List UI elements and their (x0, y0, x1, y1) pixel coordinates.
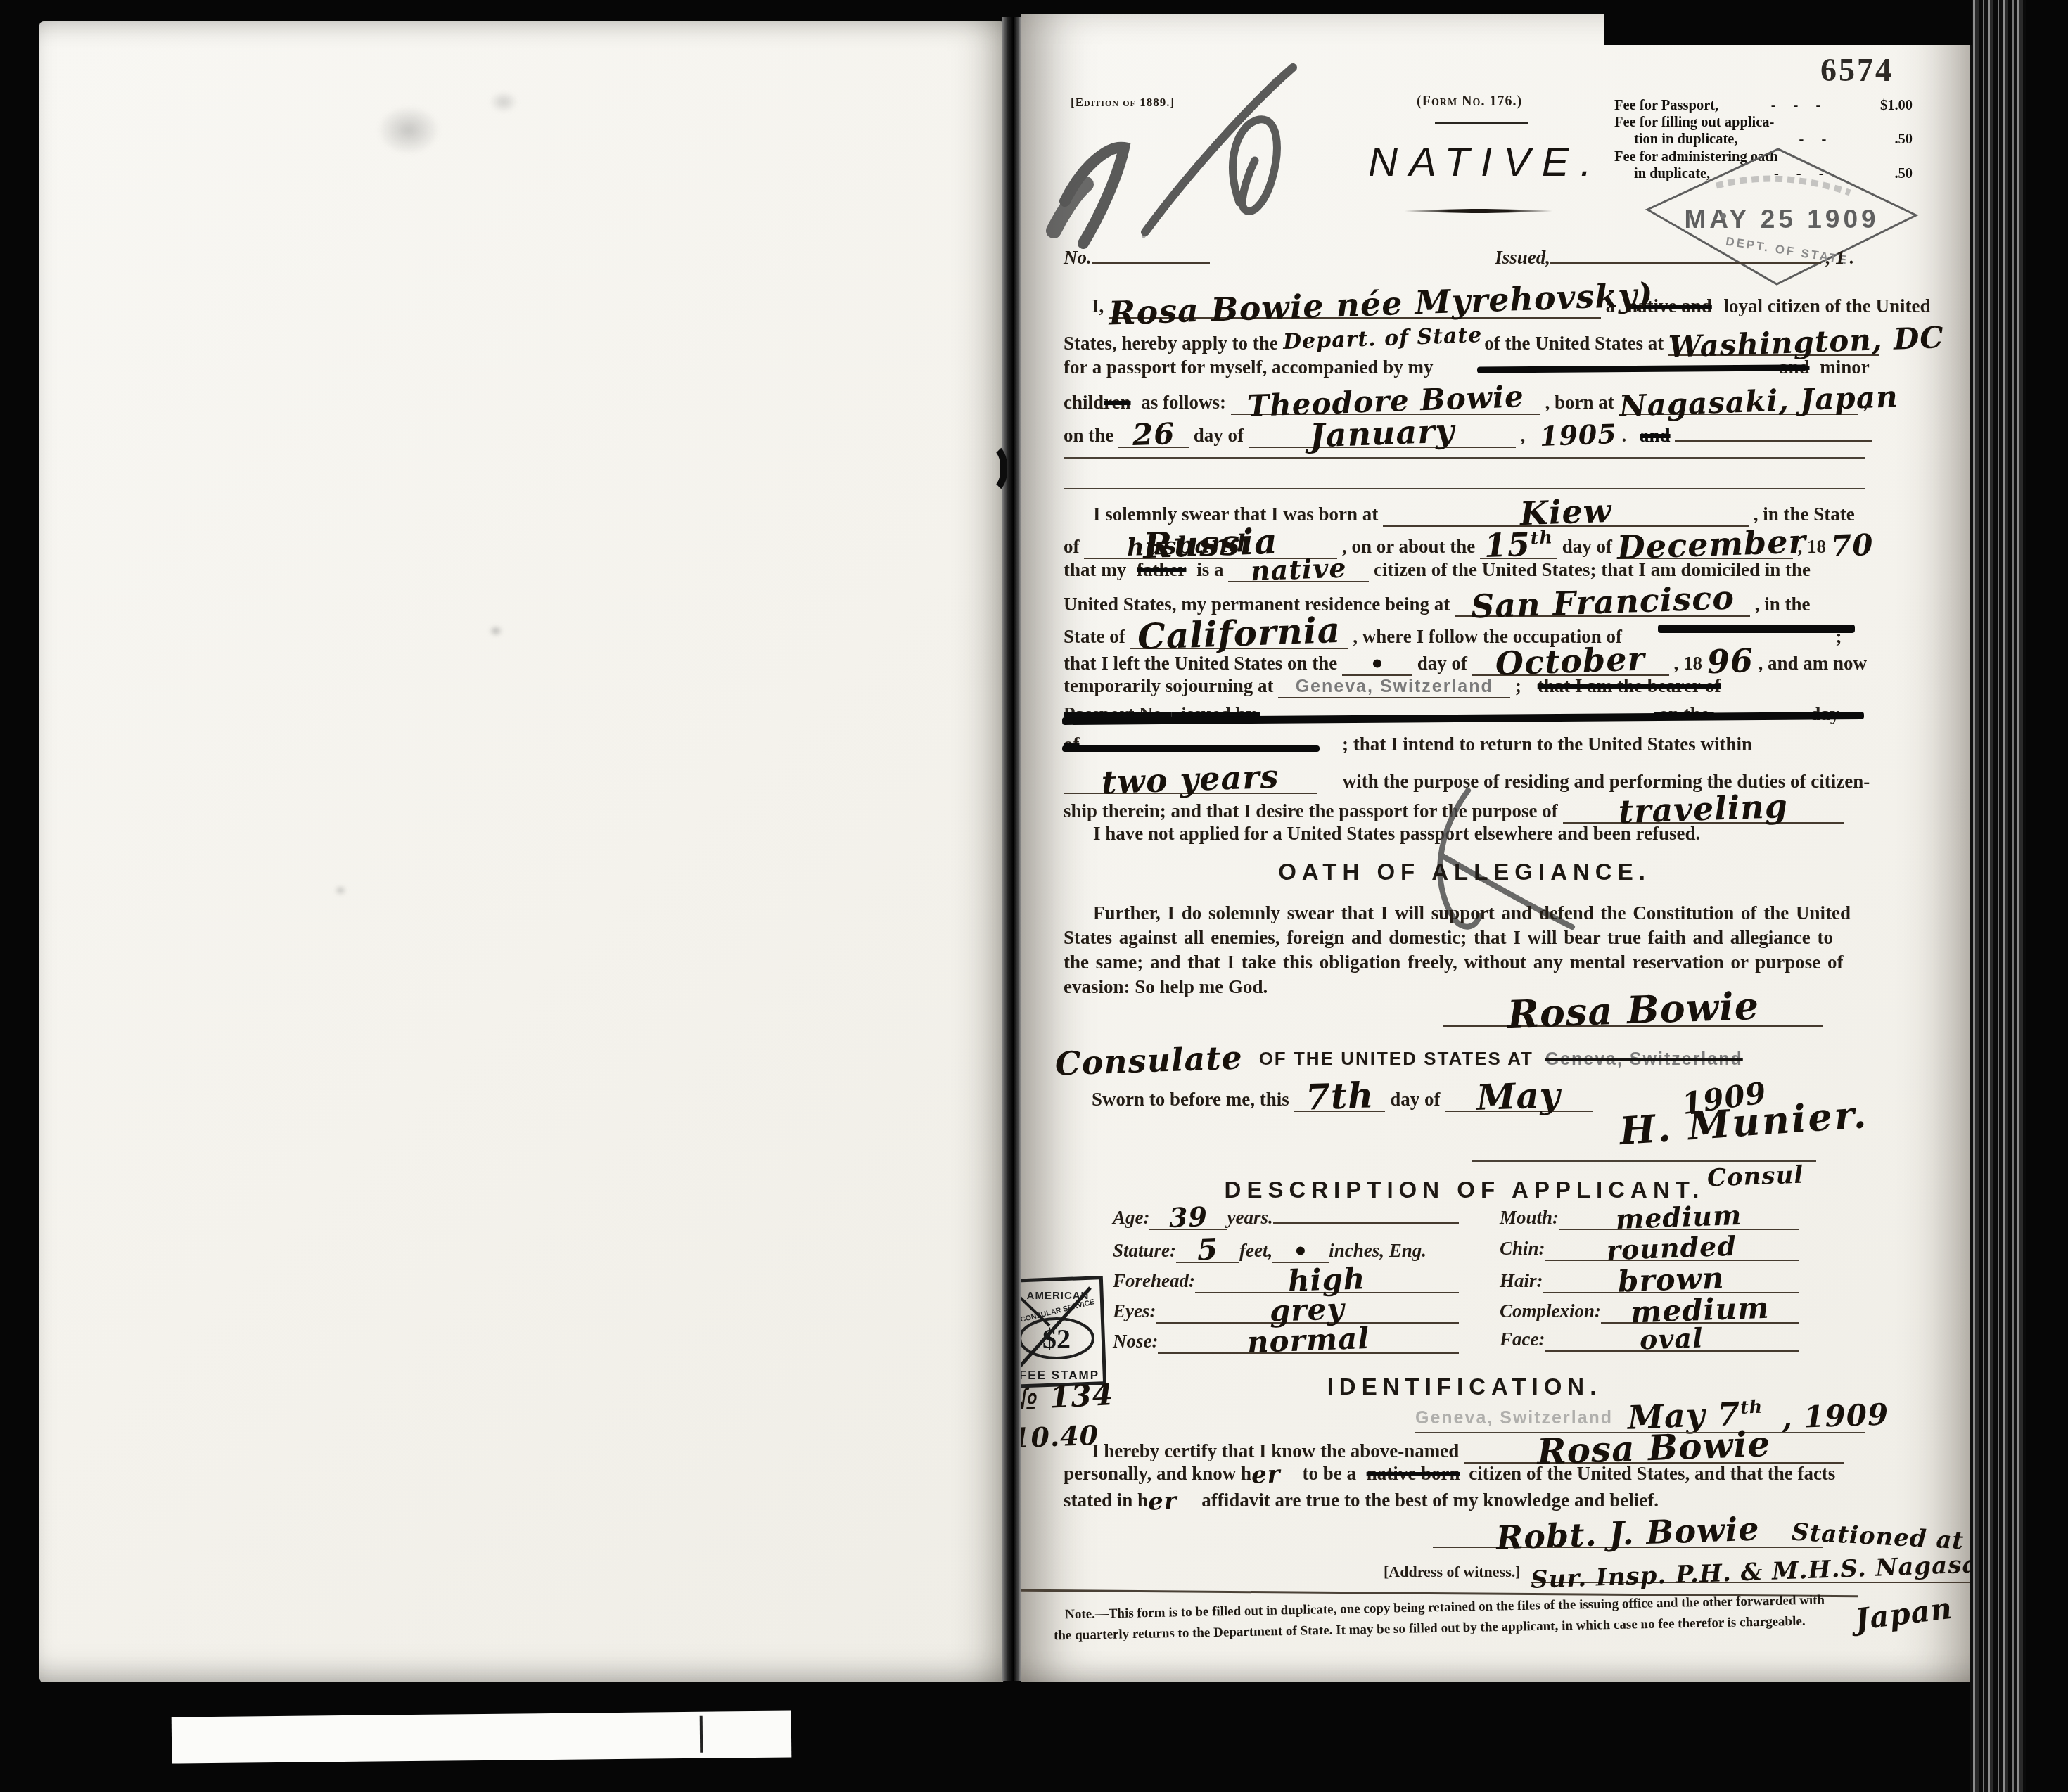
printed: on the (1064, 425, 1113, 446)
amount-hw: 10.40 (1021, 1423, 1099, 1450)
consul-sig-hw: H. Munier. (1619, 1097, 1870, 1148)
desc-field: medium (1559, 1203, 1799, 1230)
ident-place-stamp: Geneva, Switzerland (1415, 1408, 1613, 1428)
left-month-field: October (1472, 644, 1669, 676)
printed: citizen of the United States; that I am … (1374, 559, 1811, 580)
left-month-hw: October (1495, 644, 1646, 679)
sworn-day-hw: 7th (1305, 1079, 1374, 1113)
stationed-hw: Stationed at (1791, 1522, 1965, 1552)
printed: , (1521, 425, 1526, 446)
printed: I have not applied for a United States p… (1064, 823, 1700, 844)
printed: , born at (1545, 392, 1614, 413)
desc-field: high (1195, 1264, 1459, 1293)
er-hw: er (1251, 1464, 1282, 1486)
issued-field (1550, 262, 1821, 264)
app-line-2: States, hereby apply to the Depart. of S… (1064, 326, 1879, 356)
printed: of (1064, 536, 1080, 557)
desc-value-hw: medium (1615, 1203, 1742, 1231)
printed: day of (1417, 653, 1467, 674)
left-year-hw: 96 (1706, 646, 1754, 677)
fee-value: $1.00 (1880, 97, 1913, 114)
applicant-name: Rosa Bowie née Myrehovsky) (1109, 280, 1654, 328)
desc-field: oval (1545, 1324, 1799, 1352)
sworn-month-field: May (1445, 1077, 1593, 1112)
desc-label: Eyes: (1113, 1300, 1156, 1322)
desc-label: Stature: (1113, 1239, 1176, 1262)
child-day-field: 26 (1118, 418, 1189, 448)
desc-label: Complexion: (1500, 1300, 1601, 1322)
printed: I hereby certify that I know the above-n… (1092, 1440, 1459, 1461)
fee-dots: - - - (1718, 97, 1880, 114)
child-day-hw: 26 (1132, 421, 1175, 449)
printed: , on or about the (1342, 536, 1475, 557)
child-name-field: Theodore Bowie (1231, 385, 1540, 415)
scan-black-area (1604, 0, 1972, 45)
desc-suffix: years. (1227, 1206, 1272, 1229)
printed-loyal: loyal citizen of the United (1724, 295, 1931, 316)
blank-rule (1064, 457, 1865, 459)
desc-complexion-row: Complexion: medium (1500, 1294, 1799, 1324)
app-line-5: on the 26 day of January , 1905 . and (1064, 416, 1872, 448)
printed: temporarily sojourning at (1064, 675, 1273, 696)
desc-field: grey (1156, 1294, 1459, 1324)
fee-row: Fee for filling out applica- (1614, 114, 1913, 131)
birth-year-hw: 70 (1830, 532, 1874, 560)
certify-line-2: personally, and know her to be a native … (1064, 1461, 1835, 1485)
printed: ; that I intend to return to the United … (1342, 734, 1752, 755)
ident-date-line: Geneva, Switzerland May 7th , 1909 (1415, 1398, 1889, 1429)
printed: is a (1196, 559, 1223, 580)
struck-native-born: native born (1367, 1463, 1460, 1484)
printed: stated in h (1064, 1490, 1148, 1511)
desc-value-hw: grey (1270, 1295, 1346, 1324)
printed: to be a (1302, 1463, 1356, 1484)
desc-value-hw: 5 (1196, 1236, 1219, 1263)
left-blank-page (39, 21, 1004, 1682)
scanner-artifact-bar (172, 1710, 792, 1763)
purpose-field: traveling (1563, 792, 1844, 824)
desc-label: Face: (1500, 1328, 1545, 1350)
applicant-signature-line: Rosa Bowie (1443, 990, 1823, 1027)
st-line-6: that I left the United States on the • d… (1064, 644, 1867, 676)
issue-line: No. Issued, , 1 . (1064, 246, 1854, 269)
sojourn-field: Geneva, Switzerland (1278, 674, 1510, 698)
fee-stamp: AMERICAN CONSULAR SERVICE $2 FEE STAMP (1021, 1276, 1106, 1388)
st-line-7: temporarily sojourning at Geneva, Switze… (1064, 674, 1721, 698)
divider-arrow (1405, 209, 1552, 213)
return-field: two years (1064, 762, 1317, 794)
husband-hw: husband (1127, 533, 1247, 559)
child-place-field: Nagasaki, Japan (1619, 385, 1858, 415)
oath-line-2: States against all enemies, foreign and … (1064, 926, 1833, 949)
fee-row: Fee for Passport,- - -$1.00 (1614, 97, 1913, 114)
blank (1675, 440, 1872, 442)
smudge (490, 626, 502, 636)
desc-value-hw: oval (1640, 1326, 1704, 1352)
blank-rule (1064, 488, 1865, 489)
struck-father: fatherhusband (1137, 559, 1186, 580)
app-line-4: children as follows: Theodore Bowie , bo… (1064, 385, 1868, 415)
desc-label: Hair: (1500, 1269, 1543, 1292)
oath-line-1: Further, I do solemnly swear that I will… (1064, 902, 1851, 924)
desc-hair-row: Hair: brown (1500, 1264, 1799, 1293)
witness-address-line: [Address of witness.] Sur. Insp. P.H. & … (1384, 1559, 1865, 1583)
desc-value-hw: 39 (1168, 1205, 1208, 1230)
printed: affidavit are true to the best of my kno… (1201, 1490, 1659, 1511)
desc-label: Nose: (1113, 1330, 1158, 1352)
st-line-9: of ; that I intend to return to the Unit… (1064, 733, 1752, 755)
certify-name-field: Rosa Bowie (1464, 1429, 1844, 1464)
printed-minor: minor (1820, 357, 1870, 378)
case-no-hw: № 134 (1021, 1381, 1114, 1414)
passport-application-page: [Edition of 1889.] (Form No. 176.) NATIV… (1021, 14, 1970, 1682)
printed: that I left the United States on the (1064, 653, 1337, 674)
japan-hw: Japan (1853, 1595, 1954, 1633)
consulate-hw: Consulate (1054, 1043, 1243, 1079)
er-hw: er (1148, 1490, 1178, 1513)
st-line-3: that my fatherhusband is a native citize… (1064, 555, 1811, 582)
desc-value-hw: rounded (1607, 1234, 1737, 1263)
born-place-hw: Kiew (1519, 497, 1612, 529)
desc-field: brown (1543, 1264, 1799, 1293)
artifact-tick (700, 1716, 703, 1753)
printed: child (1064, 392, 1104, 413)
witness-signature-field: Robt. J. Bowie (1433, 1516, 1823, 1548)
desc-value-hw: high (1288, 1265, 1367, 1295)
printed-i: I, (1064, 295, 1104, 316)
desc-field: medium (1601, 1294, 1799, 1324)
description-heading: DESCRIPTION OF APPLICANT. (1064, 1176, 1865, 1204)
applicant-name-field: Rosa Bowie née Myrehovsky) (1109, 287, 1601, 319)
struck-and2: and (1640, 425, 1671, 446)
smudge (490, 91, 518, 113)
desc-forehead-row: Forehead: high (1113, 1264, 1459, 1293)
issued-label: Issued, (1495, 247, 1550, 268)
stationed-at: Stationed at (1792, 1523, 1964, 1547)
address-of-witness-label: [Address of witness.] (1384, 1563, 1521, 1581)
desc-label: Mouth: (1500, 1206, 1559, 1229)
ident-year-hw: , 1909 (1782, 1402, 1889, 1432)
desc-field: rounded (1545, 1234, 1799, 1261)
applicant-signature: Rosa Bowie (1507, 989, 1760, 1032)
oath-line-4: evasion: So help me God. (1064, 975, 1268, 998)
desc-stature-row: Stature: 5 feet, • inches, Eng. (1113, 1234, 1459, 1263)
witness-signature: Robt. J. Bowie (1496, 1514, 1761, 1552)
no-field (1092, 262, 1210, 264)
struck-bearer: that I am the bearer of (1538, 675, 1721, 696)
desc-value-hw: brown (1617, 1265, 1724, 1295)
native-field: native (1228, 555, 1369, 582)
desc-label: Forehead: (1113, 1269, 1195, 1292)
st-line-4: United States, my permanent residence be… (1064, 585, 1810, 617)
child-month-hw: January (1309, 416, 1455, 451)
desc-label: Age: (1113, 1206, 1149, 1229)
left-day-hw: • (1369, 654, 1386, 676)
apply-place-field: Washington, DC (1668, 326, 1879, 356)
dept-field: Depart. of State (1283, 332, 1480, 354)
desc-fill (1273, 1222, 1459, 1224)
printed: . (1622, 425, 1627, 446)
page-number: 6574 (1820, 51, 1894, 89)
consul-signature: H. Munier. (1619, 1103, 1868, 1138)
born-place-field: Kiew (1383, 495, 1749, 527)
struck-ren: ren (1104, 392, 1131, 413)
printed: day of (1390, 1089, 1440, 1110)
redaction-bar (1062, 745, 1320, 752)
book-page-edges (1970, 0, 2026, 1792)
no-label: No. (1064, 247, 1092, 268)
consulate-line: Consulate OF THE UNITED STATES AT Geneva… (1055, 1039, 1743, 1070)
witness-address-field: Sur. Insp. P.H. & M.H.S. Nagasaki (1531, 1559, 1970, 1583)
oath-heading: OATH OF ALLEGIANCE. (1064, 858, 1865, 886)
printed: Sworn to before me, this (1092, 1089, 1289, 1110)
stamp-date: MAY 25 1909 (1684, 205, 1879, 233)
scanned-document: [Edition of 1889.] (Form No. 176.) NATIV… (0, 0, 2068, 1792)
desc-age-row: Age: 39 years. (1113, 1203, 1459, 1230)
applicant-signature-field: Rosa Bowie (1443, 990, 1823, 1027)
printed: , and am now (1759, 653, 1868, 674)
divider (1435, 122, 1528, 124)
child-year-hw: 1905 (1539, 422, 1617, 449)
printed: that my (1064, 559, 1126, 580)
station-hw: Sur. Insp. P.H. & M.H.S. Nagasaki (1530, 1553, 1970, 1591)
desc-label: Chin: (1500, 1237, 1545, 1260)
desc-eyes-row: Eyes: grey (1113, 1294, 1459, 1324)
printed: day of (1562, 536, 1612, 557)
desc-value2-hw: • (1292, 1241, 1309, 1263)
desc-suffix: inches, Eng. (1329, 1239, 1426, 1262)
sojourn-stamp: Geneva, Switzerland (1296, 677, 1493, 696)
pencil-scribble (1040, 55, 1342, 266)
consulate-place-stamp: Geneva, Switzerland (1545, 1049, 1743, 1069)
left-day-field: • (1342, 651, 1412, 676)
desc-nose-row: Nose: normal (1113, 1324, 1459, 1354)
desc-field: • (1272, 1239, 1329, 1263)
desc-field: 39 (1149, 1203, 1227, 1230)
printed: as follows: (1141, 392, 1226, 413)
desc-chin-row: Chin: rounded (1500, 1234, 1799, 1261)
child-place-hw: Nagasaki, Japan (1619, 383, 1898, 420)
japan-hw-line: Japan (1855, 1598, 1953, 1626)
child-month-field: January (1249, 416, 1516, 448)
st-line-1: I solemnly swear that I was born at Kiew… (1064, 495, 1855, 527)
desc-value-hw: medium (1630, 1295, 1770, 1326)
printed: for a passport for myself, accompanied b… (1064, 357, 1433, 378)
desc-mid: feet, (1239, 1239, 1272, 1262)
case-number: № 134 (1021, 1381, 1113, 1409)
consulate-printed: OF THE UNITED STATES AT (1259, 1048, 1533, 1069)
book-spine (1002, 17, 1023, 1681)
oath-line-3: the same; and that I take this obligatio… (1064, 951, 1844, 973)
desc-field: normal (1158, 1324, 1459, 1354)
printed: ; (1515, 675, 1521, 696)
desc-mouth-row: Mouth: medium (1500, 1203, 1799, 1230)
certify-line: I hereby certify that I know the above-n… (1092, 1429, 1844, 1464)
sworn-month-hw: May (1476, 1079, 1562, 1113)
certify-line-3: stated in her affidavit are true to the … (1064, 1488, 1659, 1511)
smudge (335, 886, 346, 895)
desc-face-row: Face: oval (1500, 1324, 1799, 1352)
printed: , 18 (1674, 653, 1703, 674)
redaction-bar (1658, 625, 1855, 633)
consul-signature-rule (1472, 1160, 1816, 1162)
apply-place-hw: Washington, DC (1668, 324, 1944, 360)
app-line-1: I, Rosa Bowie née Myrehovsky) a native a… (1064, 287, 1931, 319)
st-line-12: I have not applied for a United States p… (1064, 822, 1700, 845)
issued-tail: , 1 . (1826, 247, 1855, 268)
dept-hw: Depart. of State (1282, 326, 1482, 352)
native-hw: native (1250, 556, 1347, 584)
sworn-day-field: 7th (1294, 1077, 1385, 1112)
printed: personally, and know h (1064, 1463, 1251, 1484)
witness-signature-line: Robt. J. Bowie (1433, 1516, 1823, 1548)
printed: States, hereby apply to the (1064, 333, 1278, 354)
fee-label: Fee for filling out applica- (1614, 114, 1774, 131)
residence-field: San Francisco (1455, 585, 1750, 617)
printed: citizen of the United States, and that t… (1469, 1463, 1835, 1484)
printed: , in the (1755, 594, 1811, 615)
form-number: (Form No. 176.) (1417, 93, 1522, 110)
printed: of the United States at (1484, 333, 1664, 354)
printed: day of (1194, 425, 1244, 446)
fee-amount: 10.40 (1021, 1422, 1099, 1448)
desc-value-hw: normal (1246, 1325, 1370, 1356)
smudge (377, 105, 440, 155)
desc-field: 5 (1176, 1234, 1239, 1263)
fee-label: Fee for Passport, (1614, 97, 1718, 114)
